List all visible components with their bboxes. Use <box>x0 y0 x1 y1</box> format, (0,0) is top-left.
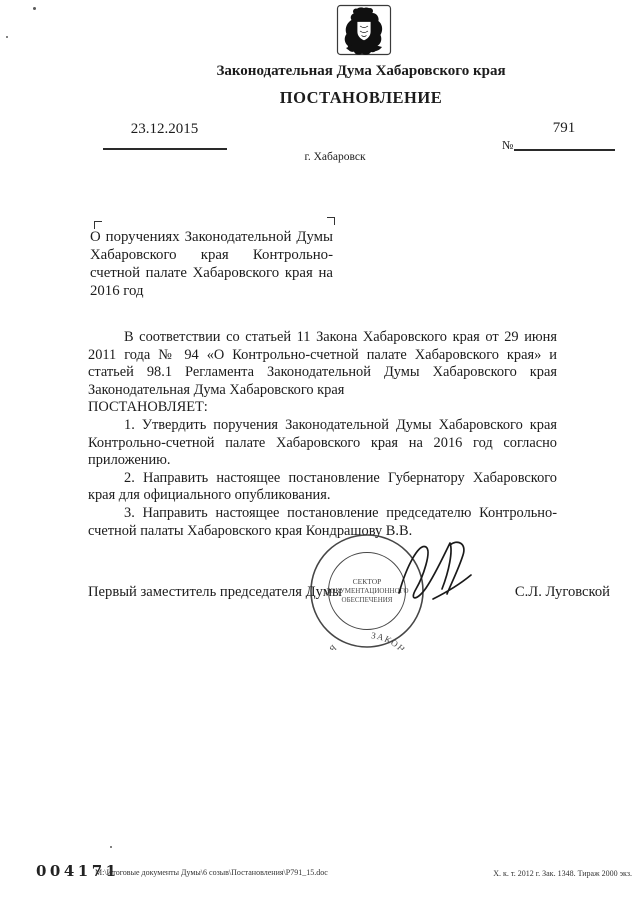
resolves-label: ПОСТАНОВЛЯЕТ: <box>88 399 557 417</box>
stamp-center-line: ОБЕСПЕЧЕНИЯ <box>342 596 393 604</box>
scan-speck <box>6 36 8 38</box>
organization-name: Законодательная Дума Хабаровского края <box>85 63 637 80</box>
document-page: Законодательная Дума Хабаровского края П… <box>0 0 640 905</box>
handwritten-signature <box>393 537 488 625</box>
signatory-name: С.Л. Луговской <box>500 584 610 601</box>
document-place: г. Хабаровск <box>35 151 635 163</box>
intro-paragraph: В соответствии со статьей 11 Закона Хаба… <box>88 329 557 399</box>
document-body: В соответствии со статьей 11 Закона Хаба… <box>88 329 557 540</box>
signatory-title: Первый заместитель председателя Думы <box>88 584 342 601</box>
file-path: M:\Итоговые документы Думы\6 созыв\Поста… <box>95 868 328 877</box>
date-underline <box>103 148 227 150</box>
resolution-item: 1. Утвердить поручения Законодательной Д… <box>88 417 557 470</box>
document-subject: О поручениях Законодательной Думы Хабаро… <box>90 228 333 300</box>
scan-speck <box>33 7 36 10</box>
stamp-center-line: СЕКТОР <box>353 577 382 586</box>
document-number: 791 <box>514 120 614 137</box>
document-date: 23.12.2015 <box>103 121 226 138</box>
layout-corner-mark-right <box>327 217 335 225</box>
print-run-info: Х. к. т. 2012 г. Зак. 1348. Тираж 2000 э… <box>420 869 632 878</box>
khabarovsk-krai-coat-of-arms-icon <box>336 4 392 56</box>
resolution-item: 2. Направить настоящее постановление Губ… <box>88 470 557 505</box>
document-type-title: ПОСТАНОВЛЕНИЕ <box>85 88 637 108</box>
scan-speck <box>110 846 112 848</box>
